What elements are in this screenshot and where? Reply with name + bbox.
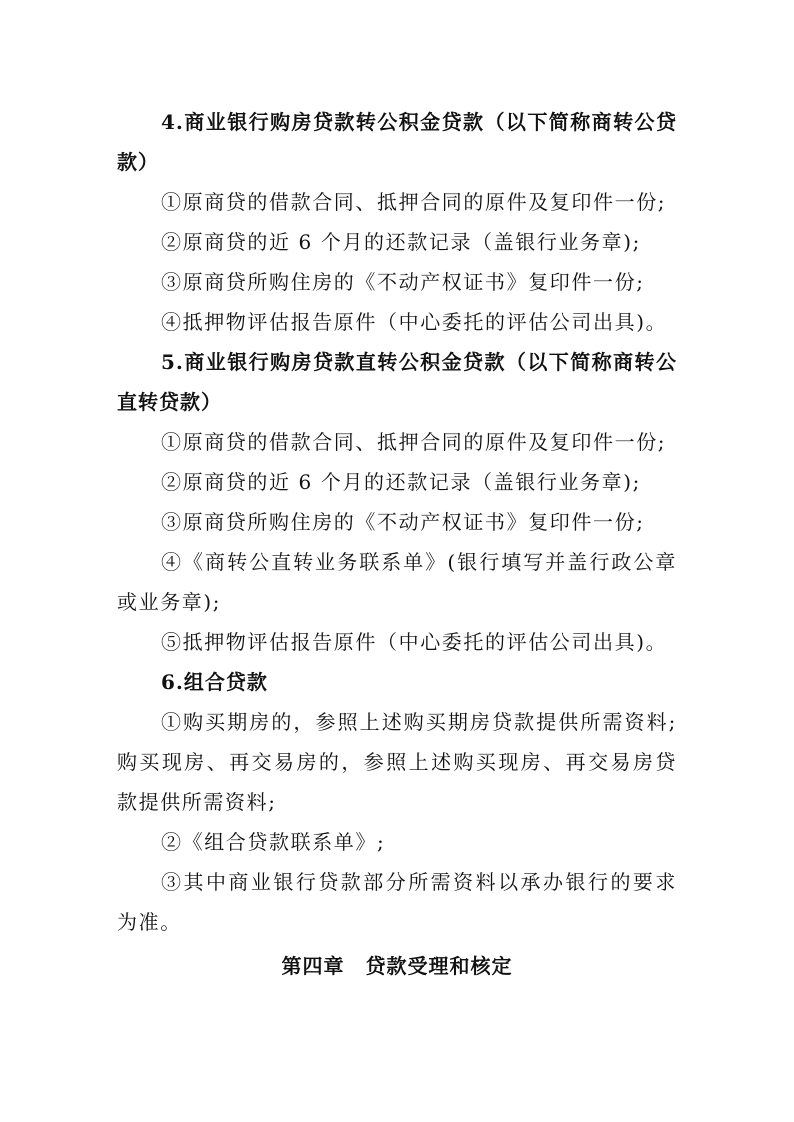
section-5-item-1: ①原商贷的借款合同、抵押合同的原件及复印件一份; [117,422,677,462]
section-5-heading: 5.商业银行购房贷款直转公积金贷款（以下简称商转公直转贷款） [117,342,677,422]
document-page: 4.商业银行购房贷款转公积金贷款（以下简称商转公贷款） ①原商贷的借款合同、抵押… [117,102,677,986]
section-4-item-3: ③原商贷所购住房的《不动产权证书》复印件一份; [117,262,677,302]
section-6-item-2: ②《组合贷款联系单》; [117,822,677,862]
section-5-item-2: ②原商贷的近 6 个月的还款记录（盖银行业务章); [117,462,677,502]
chapter-title: 第四章 贷款受理和核定 [117,946,677,986]
section-6-item-1: ①购买期房的，参照上述购买期房贷款提供所需资料;购买现房、再交易房的，参照上述购… [117,702,677,822]
section-5-item-3: ③原商贷所购住房的《不动产权证书》复印件一份; [117,502,677,542]
section-4-item-1: ①原商贷的借款合同、抵押合同的原件及复印件一份; [117,182,677,222]
section-6-item-3: ③其中商业银行贷款部分所需资料以承办银行的要求为准。 [117,862,677,942]
section-4-item-2: ②原商贷的近 6 个月的还款记录（盖银行业务章); [117,222,677,262]
section-5-item-4: ④《商转公直转业务联系单》(银行填写并盖行政公章或业务章); [117,542,677,622]
section-4-heading: 4.商业银行购房贷款转公积金贷款（以下简称商转公贷款） [117,102,677,182]
section-4-item-4: ④抵押物评估报告原件（中心委托的评估公司出具)。 [117,302,677,342]
section-5-item-5: ⑤抵押物评估报告原件（中心委托的评估公司出具)。 [117,622,677,662]
section-6-heading: 6.组合贷款 [117,662,677,702]
